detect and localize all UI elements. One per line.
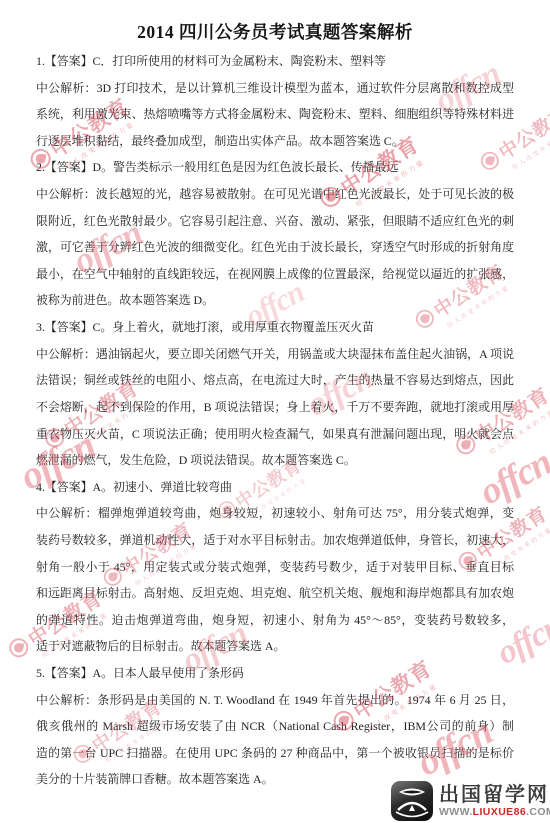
document-page: 2014 四川公务员考试真题答案解析 1.【答案】C．打印所使用的材料可为金属粉…: [0, 0, 550, 823]
liuxue86-logo-icon: [391, 781, 433, 821]
page-title: 2014 四川公务员考试真题答案解析: [0, 19, 550, 44]
text-line: 燃泄漏的燃气，发生危险，D 项说法错误。故本题答案选 C。: [36, 447, 514, 474]
text-line: 被称为前进色。故本题答案选 D。: [36, 287, 514, 314]
url-brand: LIUXUE86: [473, 806, 526, 818]
zhonggong-seal-icon: [6, 635, 32, 661]
site-name: 出国留学网: [439, 785, 550, 805]
text-line: 最小，在空气中轴射的直线距较远，在视网膜上成像的位置最深，给视觉以逼近的扩张感，: [36, 261, 514, 288]
site-logo-text: 出国留学网 WWW.LIUXUE86.COM: [439, 785, 550, 818]
text-line: 俄亥俄州的 Marsh 超级市场安装了由 NCR（National Cash R…: [36, 713, 514, 740]
text-line: 法错误；铜丝或铁丝的电阻小、熔点高，在电流过大时，产生的热量不容易达到熔点，因此: [36, 367, 514, 394]
text-line: 行逐层堆积黏结，最终叠加成型，制造出实体产品。故本题答案选 C。: [36, 128, 514, 155]
text-line: 造的第一台 UPC 扫描器。在使用 UPC 条码的 27 种商品中，第一个被收银…: [36, 740, 514, 767]
text-line: 5.【答案】A。日本人最早使用了条形码: [36, 660, 514, 687]
text-line: 限附近，红色光散射最少。它容易引起注意、兴奋、激动、紧张，但眼睛不适应红色光的刺: [36, 208, 514, 235]
text-line: 激，可它善于分辨红色光波的细微变化。红色光由于波长最长，穿透空气时形成的折射角度: [36, 234, 514, 261]
document-lines: 1.【答案】C．打印所使用的材料可为金属粉末、陶瓷粉末、塑料等中公解析：3D 打…: [36, 48, 514, 793]
text-line: 适于对遮蔽物后的目标射击。故本题答案选 A。: [36, 633, 514, 660]
text-line: 中公解析：3D 打印技术，是以计算机三维设计模型为蓝本，通过软件分层离散和数控成…: [36, 75, 514, 102]
text-line: 中公解析：遇油锅起火，要立即关闭燃气开关，用锅盖或大块湿抹布盖住起火油锅，A 项…: [36, 341, 514, 368]
text-line: 3.【答案】C。身上着火，就地打滚，或用厚重衣物覆盖压灭火苗: [36, 314, 514, 341]
text-line: 重衣物压灭火苗，C 项说法正确；使用明火检查漏气，如果真有泄漏问题出现，明火就会…: [36, 421, 514, 448]
text-line: 中公解析：波长越短的光，越容易被散射。在可见光谱中红色光波最长，处于可见长波的极: [36, 181, 514, 208]
text-line: 中公解析：条形码是由美国的 N. T. Woodland 在 1949 年首先提…: [36, 687, 514, 714]
text-line: 的弹道特性。迫击炮弹道弯曲，炮身短，初速小、射角为 45°～85°，变装药号数较…: [36, 607, 514, 634]
text-line: 不会熔断，起不到保险的作用，B 项说法错误；身上着火，千万不要奔跑，就地打滚或用…: [36, 394, 514, 421]
site-url: WWW.LIUXUE86.COM: [439, 807, 550, 818]
text-line: 装药号数较多，弹道机动性大，适于对水平目标射击。加农炮弹道低伸，身管长，初速大，: [36, 527, 514, 554]
url-prefix: WWW.: [439, 806, 473, 818]
text-line: 1.【答案】C．打印所使用的材料可为金属粉末、陶瓷粉末、塑料等: [36, 48, 514, 75]
text-line: 4.【答案】A。初速小、弹道比较弯曲: [36, 474, 514, 501]
url-suffix: .COM: [526, 806, 550, 818]
text-line: 系统，利用激光束、热熔喷嘴等方式将金属粉末、陶瓷粉末、塑料、细胞组织等特殊材料进: [36, 101, 514, 128]
text-line: 射角一般小于 45°，用定装式或分装式炮弹，变装药号数少，适于对装甲目标、垂直目…: [36, 554, 514, 581]
text-line: 中公解析：榴弹炮弹道较弯曲，炮身较短，初速较小、射角可达 75°，用分装式炮弹，…: [36, 500, 514, 527]
text-line: 和远距离目标射击。高射炮、反坦克炮、坦克炮、航空机关炮、舰炮和海岸炮都具有加农炮: [36, 580, 514, 607]
text-line: 2.【答案】D。警告类标示一般用红色是因为红色波长最长、传播最远: [36, 154, 514, 181]
site-logo[interactable]: 出国留学网 WWW.LIUXUE86.COM: [391, 781, 550, 821]
